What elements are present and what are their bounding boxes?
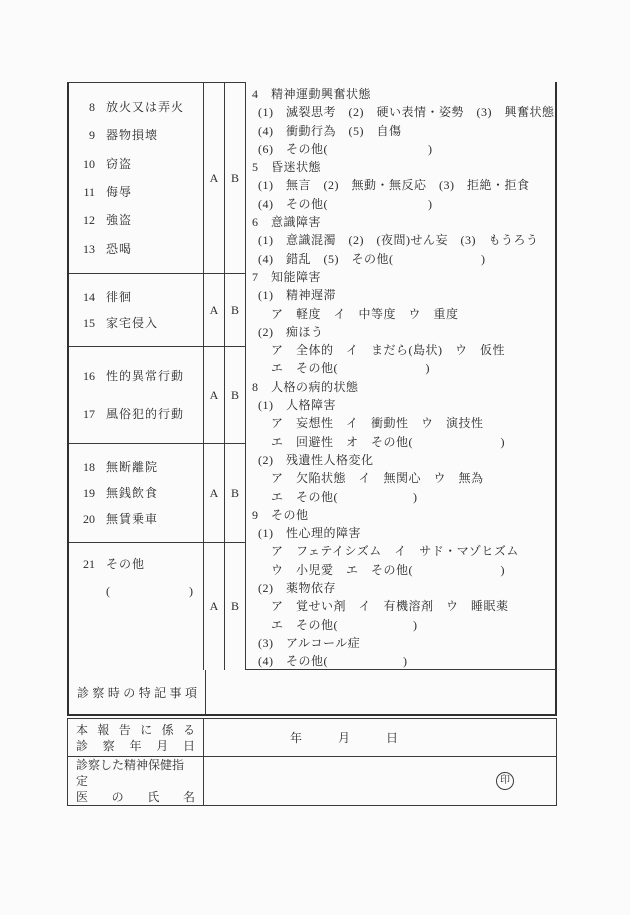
item-label: 家宅侵入 [106,316,158,330]
item-label: 侮辱 [106,185,132,199]
symptom-line: (4) その他( ) [246,195,555,213]
remarks-label: 診 察 時 の 特 記 事 項 [69,670,206,714]
conduct-group-8-13: 8放火又は弄火 9器物損壊 10窃盗 11侮辱 12強盗 13恐喝 A B [69,83,245,274]
column-a-cell: A [203,274,224,346]
symptom-sections-column: 4 精神運動興奮状態 (1) 滅裂思考 (2) 硬い表情・姿勢 (3) 興奮状態… [245,82,557,670]
report-date-label-line1: 本 報 告 に 係 る [76,722,195,738]
report-date-placeholder: 年 月 日 [204,729,398,746]
column-b-cell: B [224,347,245,443]
symptom-line: (2) 痴ほう [246,323,555,341]
doctor-name-label-line2: 医 の 氏 名 [76,789,195,805]
column-a-cell: A [203,444,224,542]
symptom-line: (1) 人格障害 [246,396,555,414]
item-number: 10 [69,157,95,171]
column-b-cell: B [224,274,245,346]
remarks-label-text: 診 察 時 の 特 記 事 項 [77,684,197,701]
symptom-line: (4) 錯乱 (5) その他( ) [246,250,555,268]
symptom-line: (1) 性心理的障害 [246,524,555,542]
item-number: 12 [69,213,95,227]
report-info-table: 本 報 告 に 係 る 診 察 年 月 日 年 月 日 診察した精神保健指定 医… [67,718,557,806]
symptom-line: (3) アルコール症 [246,634,555,652]
item-label: 器物損壊 [106,128,158,142]
item-number: 17 [69,407,95,421]
symptom-line: ア 妄想性 イ 衝動性 ウ 演技性 [246,414,555,432]
conduct-item-list: 8放火又は弄火 9器物損壊 10窃盗 11侮辱 12強盗 13恐喝 [69,83,203,273]
item-number: 21 [69,557,95,571]
conduct-item: 8放火又は弄火 [69,100,203,114]
item-number: 14 [69,290,95,304]
item-label: 放火又は弄火 [106,100,184,114]
symptom-line: (2) 残遺性人格変化 [246,451,555,469]
behavior-symptom-table: 8放火又は弄火 9器物損壊 10窃盗 11侮辱 12強盗 13恐喝 A B [67,82,557,670]
item-label: 強盗 [106,213,132,227]
conduct-group-21: 21その他 ( ) A B [69,543,245,670]
conduct-item: 9器物損壊 [69,128,203,142]
symptom-line: (1) 意識混濁 (2) (夜間)せん妄 (3) もうろう [246,231,555,249]
conduct-items-column: 8放火又は弄火 9器物損壊 10窃盗 11侮辱 12強盗 13恐喝 A B [67,82,245,670]
item-number: 18 [69,460,95,474]
column-a-cell: A [203,83,224,273]
conduct-item: 19無銭飲食 [69,486,203,500]
symptom-line: (1) 精神遅滞 [246,286,555,304]
item-label: 性的異常行動 [106,369,184,383]
symptom-line: ウ 小児愛 エ その他( ) [246,561,555,579]
symptom-line: ア 軽度 イ 中等度 ウ 重度 [246,305,555,323]
doctor-name-row: 診察した精神保健指定 医 の 氏 名 印 [68,757,556,805]
item-number: 19 [69,486,95,500]
item-label: ( ) [106,584,194,598]
remarks-row: 診 察 時 の 特 記 事 項 [67,670,557,716]
symptom-line: ア フェテイシズム イ サド・マゾヒズム [246,542,555,560]
item-label: その他 [106,557,145,571]
conduct-group-14-15: 14徘徊 15家宅侵入 A B [69,274,245,347]
conduct-item: 10窃盗 [69,157,203,171]
item-label: 無賃乗車 [106,512,158,526]
item-number: 8 [69,100,95,114]
symptom-line: 6 意識障害 [246,213,555,231]
item-number: 16 [69,369,95,383]
item-number: 13 [69,242,95,256]
conduct-group-18-20: 18無断離院 19無銭飲食 20無賃乗車 A B [69,444,245,543]
conduct-item: 21その他 [69,557,203,571]
item-number: 20 [69,512,95,526]
symptom-line: 5 昏迷状態 [246,158,555,176]
remarks-value-area [206,670,555,714]
conduct-item: 17風俗犯的行動 [69,407,203,421]
column-b-cell: B [224,83,245,273]
symptom-line: 8 人格の病的状態 [246,378,555,396]
item-label: 無断離院 [106,460,158,474]
column-b-cell: B [224,543,245,670]
conduct-item: 15家宅侵入 [69,316,203,330]
conduct-item: 20無賃乗車 [69,512,203,526]
symptom-line: (1) 無言 (2) 無動・無反応 (3) 拒絶・拒食 [246,176,555,194]
conduct-item: 13恐喝 [69,242,203,256]
symptom-line: ア 欠陥状態 イ 無関心 ウ 無為 [246,469,555,487]
symptom-line: (6) その他( ) [246,140,555,158]
doctor-name-value-area: 印 [204,757,556,805]
report-date-value-area: 年 月 日 [204,719,556,756]
conduct-item-list: 18無断離院 19無銭飲食 20無賃乗車 [69,444,203,542]
column-a-cell: A [203,347,224,443]
conduct-item: 16性的異常行動 [69,369,203,383]
conduct-item: 12強盗 [69,213,203,227]
symptom-line: (2) 薬物依存 [246,579,555,597]
conduct-item: 14徘徊 [69,290,203,304]
symptom-line: (4) 衝動行為 (5) 自傷 [246,122,555,140]
item-label: 窃盗 [106,157,132,171]
conduct-item: ( ) [69,584,203,598]
report-date-label-line2: 診 察 年 月 日 [76,738,195,754]
conduct-group-16-17: 16性的異常行動 17風俗犯的行動 A B [69,347,245,444]
item-label: 恐喝 [106,242,132,256]
doctor-name-label-line1: 診察した精神保健指定 [76,757,195,789]
symptom-line: (1) 滅裂思考 (2) 硬い表情・姿勢 (3) 興奮状態 [246,103,555,121]
symptom-line: (4) その他( ) [246,652,555,670]
item-label: 無銭飲食 [106,486,158,500]
symptom-line: 4 精神運動興奮状態 [246,85,555,103]
item-number: 11 [69,185,95,199]
conduct-item-list: 14徘徊 15家宅侵入 [69,274,203,346]
column-a-cell: A [203,543,224,670]
doctor-name-label: 診察した精神保健指定 医 の 氏 名 [68,757,204,805]
conduct-item-list: 21その他 ( ) [69,543,203,670]
column-b-cell: B [224,444,245,542]
symptom-line: エ その他( ) [246,616,555,634]
item-number: 9 [69,128,95,142]
conduct-item-list: 16性的異常行動 17風俗犯的行動 [69,347,203,443]
symptom-line: 7 知能障害 [246,268,555,286]
item-label: 徘徊 [106,290,132,304]
symptom-line: エ その他( ) [246,488,555,506]
item-label: 風俗犯的行動 [106,407,184,421]
form-page: 8放火又は弄火 9器物損壊 10窃盗 11侮辱 12強盗 13恐喝 A B [0,0,630,915]
seal-stamp-icon: 印 [496,772,514,790]
item-number: 15 [69,316,95,330]
symptom-line: エ その他( ) [246,359,555,377]
conduct-item: 11侮辱 [69,185,203,199]
symptom-line: ア 覚せい剤 イ 有機溶剤 ウ 睡眠薬 [246,597,555,615]
symptom-line: 9 その他 [246,506,555,524]
conduct-item: 18無断離院 [69,460,203,474]
report-date-label: 本 報 告 に 係 る 診 察 年 月 日 [68,719,204,756]
symptom-line: エ 回避性 オ その他( ) [246,433,555,451]
symptom-line: ア 全体的 イ まだら(島状) ウ 仮性 [246,341,555,359]
report-date-row: 本 報 告 に 係 る 診 察 年 月 日 年 月 日 [68,719,556,757]
